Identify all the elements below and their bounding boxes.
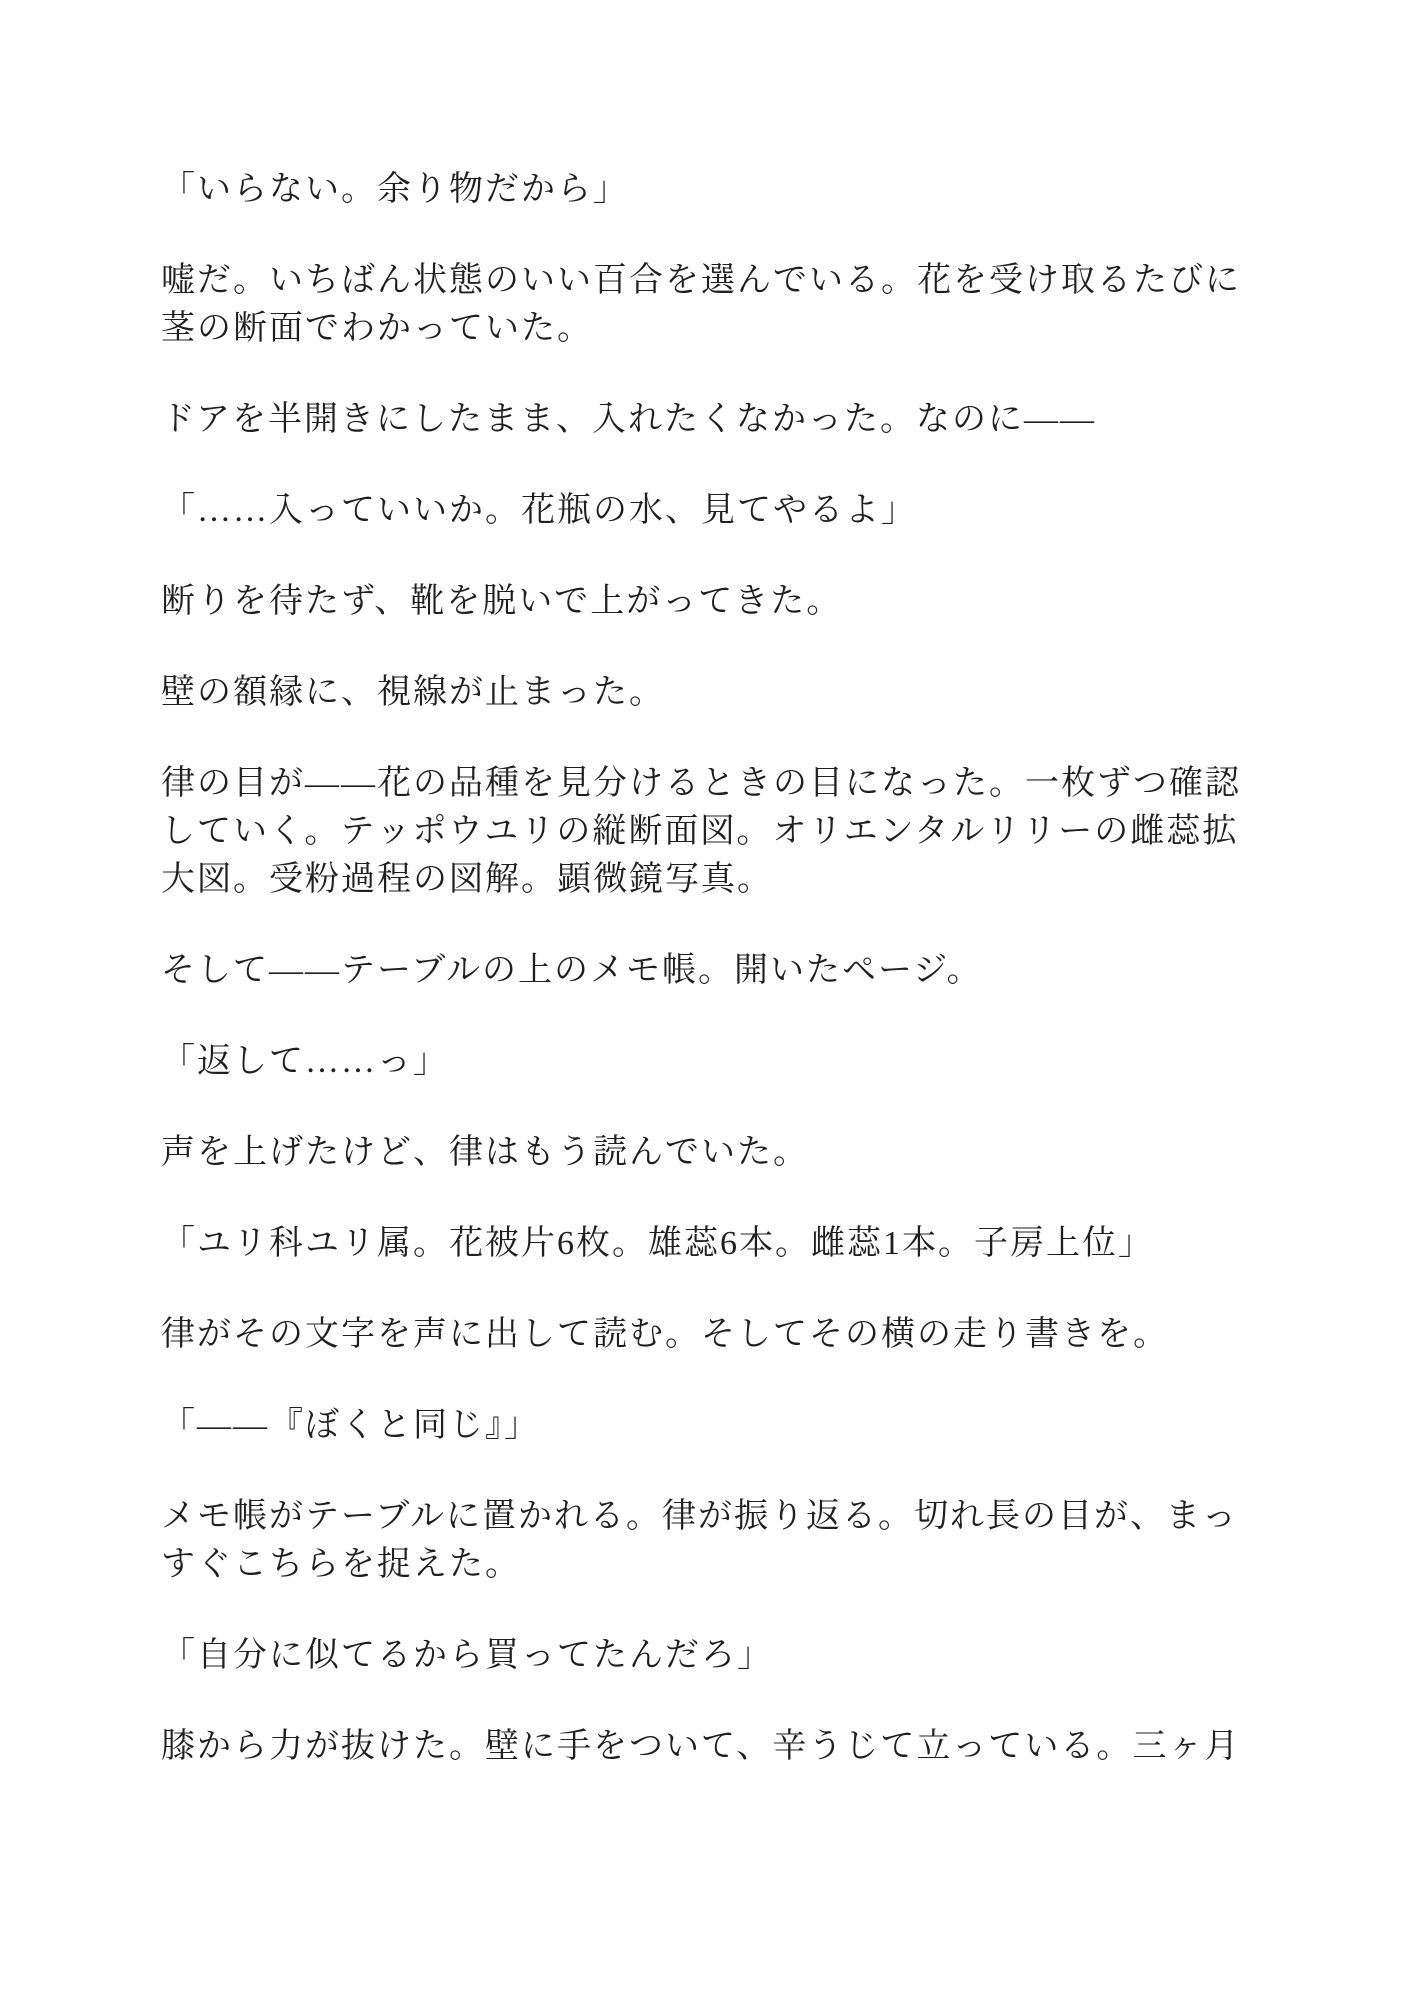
text-line: 律がその文字を声に出して読む。そしてその横の走り書きを。 xyxy=(161,1311,1260,1359)
paragraph: メモ帳がテーブルに置かれる。律が振り返る。切れ長の目が、まっすぐこちらを捉えた。 xyxy=(161,1493,1260,1589)
text-line: 声を上げたけど、律はもう読んでいた。 xyxy=(161,1129,1260,1177)
document-page: 「いらない。余り物だから」嘘だ。いちばん状態のいい百合を選んでいる。花を受け取る… xyxy=(0,0,1415,2000)
paragraph: 「自分に似てるから買ってたんだろ」 xyxy=(161,1632,1260,1680)
paragraph: ドアを半開きにしたまま、入れたくなかった。なのに—— xyxy=(161,396,1260,444)
paragraph: 声を上げたけど、律はもう読んでいた。 xyxy=(161,1129,1260,1177)
paragraph: そして——テーブルの上のメモ帳。開いたページ。 xyxy=(161,947,1260,995)
paragraph: 断りを待たず、靴を脱いで上がってきた。 xyxy=(161,578,1260,626)
text-line: 膝から力が抜けた。壁に手をついて、辛うじて立っている。三ヶ月 xyxy=(161,1723,1260,1771)
paragraph: 壁の額縁に、視線が止まった。 xyxy=(161,669,1260,717)
text-line: 大図。受粉過程の図解。顕微鏡写真。 xyxy=(161,856,1260,904)
text-line: すぐこちらを捉えた。 xyxy=(161,1541,1260,1589)
paragraph: 「……入っていいか。花瓶の水、見てやるよ」 xyxy=(161,487,1260,535)
text-line: 「……入っていいか。花瓶の水、見てやるよ」 xyxy=(161,487,1260,535)
paragraph: 「ユリ科ユリ属。花被片6枚。雄蕊6本。雌蕊1本。子房上位」 xyxy=(161,1220,1260,1268)
text-line: 壁の額縁に、視線が止まった。 xyxy=(161,669,1260,717)
paragraph: 「いらない。余り物だから」 xyxy=(161,166,1260,214)
text-line: 茎の断面でわかっていた。 xyxy=(161,305,1260,353)
text-content: 「いらない。余り物だから」嘘だ。いちばん状態のいい百合を選んでいる。花を受け取る… xyxy=(161,166,1260,1771)
text-line: 律の目が——花の品種を見分けるときの目になった。一枚ずつ確認 xyxy=(161,760,1260,808)
paragraph: 律の目が——花の品種を見分けるときの目になった。一枚ずつ確認していく。テッポウユ… xyxy=(161,760,1260,904)
paragraph: 律がその文字を声に出して読む。そしてその横の走り書きを。 xyxy=(161,1311,1260,1359)
text-line: 断りを待たず、靴を脱いで上がってきた。 xyxy=(161,578,1260,626)
text-line: していく。テッポウユリの縦断面図。オリエンタルリリーの雌蕊拡 xyxy=(161,808,1260,856)
paragraph: 嘘だ。いちばん状態のいい百合を選んでいる。花を受け取るたびに茎の断面でわかってい… xyxy=(161,257,1260,353)
text-line: 「いらない。余り物だから」 xyxy=(161,166,1260,214)
text-line: ドアを半開きにしたまま、入れたくなかった。なのに—— xyxy=(161,396,1260,444)
text-line: 「ユリ科ユリ属。花被片6枚。雄蕊6本。雌蕊1本。子房上位」 xyxy=(161,1220,1260,1268)
text-line: 「——『ぼくと同じ』」 xyxy=(161,1402,1260,1450)
text-line: 嘘だ。いちばん状態のいい百合を選んでいる。花を受け取るたびに xyxy=(161,257,1260,305)
paragraph: 膝から力が抜けた。壁に手をついて、辛うじて立っている。三ヶ月 xyxy=(161,1723,1260,1771)
text-line: 「自分に似てるから買ってたんだろ」 xyxy=(161,1632,1260,1680)
paragraph: 「返して……っ」 xyxy=(161,1038,1260,1086)
text-line: メモ帳がテーブルに置かれる。律が振り返る。切れ長の目が、まっ xyxy=(161,1493,1260,1541)
paragraph: 「——『ぼくと同じ』」 xyxy=(161,1402,1260,1450)
text-line: 「返して……っ」 xyxy=(161,1038,1260,1086)
text-line: そして——テーブルの上のメモ帳。開いたページ。 xyxy=(161,947,1260,995)
